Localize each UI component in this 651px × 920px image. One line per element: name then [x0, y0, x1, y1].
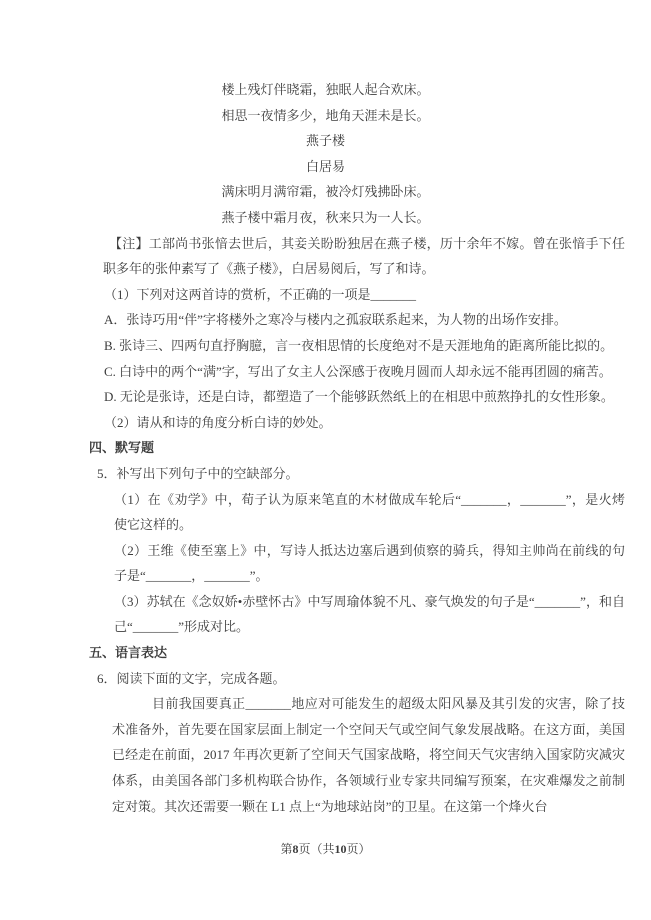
question-6-stem: 6．阅读下面的文字，完成各题。	[0, 666, 651, 692]
section-5: 五、语言表达 6．阅读下面的文字，完成各题。 目前我国要真正_______地应对…	[0, 640, 651, 819]
question-5-stem: 5．补写出下列句子中的空缺部分。	[0, 461, 651, 487]
poem-title: 燕子楼	[0, 128, 651, 154]
poem-author: 白居易	[0, 154, 651, 180]
footer-suffix: 页）	[347, 842, 371, 856]
section-5-heading: 五、语言表达	[0, 640, 651, 666]
option-b: B. 张诗三、四两句直抒胸臆，言一夜相思情的长度绝对不是天涯地角的距离所能比拟的…	[0, 333, 651, 359]
question-5-item-2: （2）王维《使至塞上》中，写诗人抵达边塞后遇到侦察的骑兵，得知主帅尚在前线的句子…	[0, 538, 651, 589]
question-3-part2: （2）请从和诗的角度分析白诗的妙处。	[0, 410, 651, 436]
footer-total-pages: 10	[335, 842, 347, 856]
footer-prefix: 第	[280, 842, 292, 856]
option-d: D. 无论是张诗，还是白诗，都塑造了一个能够跃然纸上的在相思中煎熬挣扎的女性形象…	[0, 384, 651, 410]
question-3-part1: （1）下列对这两首诗的赏析，不正确的一项是_______	[0, 282, 651, 308]
page-footer: 第8页（共10页）	[0, 841, 651, 857]
document-content: 楼上残灯伴晓霜，独眠人起合欢床。 相思一夜情多少，地角天涯未是长。 燕子楼 白居…	[0, 0, 651, 819]
section-4: 四、默写题 5．补写出下列句子中的空缺部分。 （1）在《劝学》中，荀子认为原来笔…	[0, 435, 651, 640]
poem-line: 满床明月满帘霜，被冷灯残拂卧床。	[0, 179, 651, 205]
poem-line: 相思一夜情多少，地角天涯未是长。	[0, 103, 651, 129]
section-4-heading: 四、默写题	[0, 435, 651, 461]
question-6-passage: 目前我国要真正_______地应对可能发生的超级太阳风暴及其引发的灾害，除了技术…	[0, 691, 651, 819]
poem-section: 楼上残灯伴晓霜，独眠人起合欢床。 相思一夜情多少，地角天涯未是长。 燕子楼 白居…	[0, 77, 651, 231]
question-5-item-1: （1）在《劝学》中，荀子认为原来笔直的木材做成车轮后“_______，_____…	[0, 487, 651, 538]
poem-note: 【注】工部尚书张愔去世后，其妾关盼盼独居在燕子楼，历十余年不嫁。曾在张愔手下任职…	[0, 231, 651, 282]
question-5-item-3: （3）苏轼在《念奴娇•赤壁怀古》中写周瑜体貌不凡、豪气焕发的句子是“______…	[0, 589, 651, 640]
document-page: 楼上残灯伴晓霜，独眠人起合欢床。 相思一夜情多少，地角天涯未是长。 燕子楼 白居…	[0, 0, 651, 920]
option-c: C. 白诗中的两个“满”字，写出了女主人公深感于夜晚月圆而人却永远不能再团圆的痛…	[0, 359, 651, 385]
option-a: A．张诗巧用“伴”字将楼外之寒冷与楼内之孤寂联系起来，为人物的出场作安排。	[0, 307, 651, 333]
question-3-section: （1）下列对这两首诗的赏析，不正确的一项是_______ A．张诗巧用“伴”字将…	[0, 282, 651, 436]
poem-line: 楼上残灯伴晓霜，独眠人起合欢床。	[0, 77, 651, 103]
poem-line: 燕子楼中霜月夜，秋来只为一人长。	[0, 205, 651, 231]
footer-middle: 页（共	[298, 842, 334, 856]
